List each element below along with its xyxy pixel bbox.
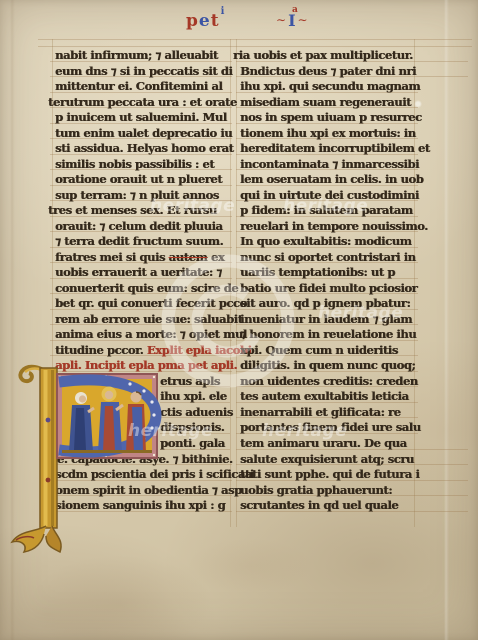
body-text: diligitis. in quem nunc quoq; (240, 358, 415, 372)
manuscript-line: nabit infirmum; ⁊ alleuabit (55, 48, 218, 64)
body-text: nabit infirmum; ⁊ alleuabit (55, 48, 218, 62)
body-text: tres et menses sex. Et rursu (48, 203, 217, 217)
body-text: ctis aduenis (160, 405, 233, 419)
body-text: inueniatur in laudem ⁊ glam (240, 312, 412, 326)
body-text: ⁊ terra dedit fructum suum. (55, 234, 223, 248)
running-title-petri: peti (186, 11, 224, 31)
manuscript-line: ctis aduenis (160, 405, 233, 421)
manuscript-line: uariis temptationibs: ut p (240, 265, 395, 281)
manuscript-line: sup terram: ⁊ n pluit annos (55, 188, 219, 204)
initial-panel-frame (57, 374, 157, 458)
manuscript-line: nunc si oportet contristari in (240, 250, 416, 266)
title-letter: p (186, 11, 199, 31)
body-text: tum enim ualet deprecatio iu (55, 126, 232, 140)
manuscript-line: Bndictus deus ⁊ pater dni nri (240, 64, 416, 80)
figure-apostle-right (126, 392, 146, 453)
body-text: misediam suam regenerauit (240, 95, 411, 109)
body-text: inenarrabili et glificata: re (240, 405, 401, 419)
body-text: tem animaru uraru. De qua (240, 436, 407, 450)
manuscript-line: p fidem: in salutem paratam (240, 203, 413, 219)
body-text: ihu xpi. qui secundu magnam (240, 79, 420, 93)
body-text: anima eius a morte: ⁊ opiet mul (55, 327, 247, 341)
body-text: p fidem: in salutem paratam (240, 203, 413, 217)
body-text: oratione orauit ut n plueret (55, 172, 222, 186)
flourish-right: ∼ (298, 13, 308, 27)
body-text: similis nobis passibilis : et (55, 157, 214, 171)
manuscript-line: inueniatur in laudem ⁊ glam (240, 312, 412, 328)
manuscript-line: diligitis. in quem nunc quoq; (240, 358, 415, 374)
body-text: ihu xpi. ele (160, 389, 227, 403)
body-text: uariis temptationibs: ut p (240, 265, 395, 279)
body-text: non uidentes creditis: creden (240, 374, 418, 388)
manuscript-line: tum enim ualet deprecatio iu (55, 126, 232, 142)
flourish-leaf-left (12, 526, 46, 552)
body-text: nos in spem uiuam p resurrec (240, 110, 422, 124)
body-text: batio ure fidei multo pciosior (240, 281, 417, 295)
manuscript-line: non uidentes creditis: creden (240, 374, 418, 390)
body-text: tie. capadocie. asye. ⁊ bithinie. (48, 452, 232, 466)
manuscript-line: sti assidua. Helyas homo erat (55, 141, 233, 157)
chapter-top-mark: a (292, 5, 298, 15)
manuscript-line: mittentur ei. Confitemini al (55, 79, 222, 95)
manuscript-line: tati sunt pphe. qui de futura i (240, 467, 419, 483)
body-text: lem oseruatam in celis. in uob (240, 172, 423, 186)
body-text: orauit: ⁊ celum dedit pluuia (55, 219, 223, 233)
manuscript-line: ⁊ honorem in reuelatione ihu (240, 327, 416, 343)
manuscript-line: ⁊ terra dedit fructum suum. (55, 234, 223, 250)
manuscript-line: portantes finem fidei ure salu (240, 420, 421, 436)
manuscript-line: lem oseruatam in celis. in uob (240, 172, 423, 188)
manuscript-line: incontaminata ⁊ inmarcessibi (240, 157, 419, 173)
manuscript-line: orauit: ⁊ celum dedit pluuia (55, 219, 223, 235)
body-text: bet qr. qui conuerti fecerit pcco (55, 296, 247, 310)
manuscript-line: tes autem exultabitis leticia (240, 389, 409, 405)
manuscript-line: scdm pscientia dei pris i scificati (55, 467, 254, 483)
body-text: incontaminata ⁊ inmarcessibi (240, 157, 419, 171)
manuscript-line: uobis gratia pphauerunt: (240, 483, 392, 499)
body-text: In quo exultabitis: modicum (240, 234, 411, 248)
manuscript-line: ponti. gala (160, 436, 225, 452)
manuscript-line: xpi. Quem cum n uideritis (240, 343, 398, 359)
body-text: conuerterit quis eum: scire de (55, 281, 238, 295)
rubric-text: apli. Incipit epla pma pet apli. (55, 358, 237, 372)
body-text: p inuicem ut saluemini. Mul (55, 110, 227, 124)
body-text: uobis errauerit a ueritate: ⁊ (55, 265, 222, 279)
body-text: tes autem exultabitis leticia (240, 389, 409, 403)
body-text: Bndictus deus ⁊ pater dni nri (240, 64, 416, 78)
body-text: salute exquisierunt atq; scru (240, 452, 414, 466)
running-header: peti ∼I∼ a (0, 9, 478, 37)
body-text: ponti. gala (160, 436, 225, 450)
body-text: sionem sanguinis ihu xpi : g (55, 498, 225, 512)
manuscript-line: onem spirit in obedientia ⁊ asp (55, 483, 242, 499)
initial-letter-bowl (59, 380, 156, 452)
body-text: sti assidua. Helyas homo erat (55, 141, 233, 155)
manuscript-line: anima eius a morte: ⁊ opiet mul (55, 327, 247, 343)
body-text: dispsionis. (160, 420, 224, 434)
manuscript-line: tem animaru uraru. De qua (240, 436, 407, 452)
body-text: portantes finem fidei ure salu (240, 420, 421, 434)
manuscript-line: ihu xpi. qui secundu magnam (240, 79, 420, 95)
body-text: autem (169, 250, 208, 264)
body-text: ria uobis et pax multiplicetur. (233, 48, 413, 62)
chapter-number: ∼I∼ a (276, 11, 308, 30)
flourish-left: ∼ (276, 13, 286, 27)
body-text: ex (207, 250, 224, 264)
manuscript-line: dispsionis. (160, 420, 224, 436)
manuscript-line: bet qr. qui conuerti fecerit pcco (55, 296, 247, 312)
rubric-text: Explit epla iacobi (147, 343, 252, 357)
manuscript-line: fratres mei si quis autem ex (55, 250, 224, 266)
manuscript-line: batio ure fidei multo pciosior (240, 281, 417, 297)
ruling-line (38, 46, 472, 47)
manuscript-line: In quo exultabitis: modicum (240, 234, 411, 250)
manuscript-page: peti ∼I∼ a nabit infirmum; ⁊ alleuabiteu… (0, 0, 478, 640)
body-text: xpi. Quem cum n uideritis (240, 343, 398, 357)
manuscript-line: nos in spem uiuam p resurrec (240, 110, 422, 126)
manuscript-line: etrus apls (160, 374, 220, 390)
frame-dots (59, 375, 155, 457)
figure-apostle-left (69, 392, 94, 452)
stem-top-curl (20, 367, 50, 381)
manuscript-line: qui in uirtute dei custodimini (240, 188, 419, 204)
manuscript-line: ria uobis et pax multiplicetur. (240, 48, 413, 64)
body-text: terutrum peccata ura : et orate (48, 95, 237, 109)
body-text: onem spirit in obedientia ⁊ asp (55, 483, 242, 497)
bowl-dots (128, 382, 155, 448)
manuscript-line: inenarrabili et glificata: re (240, 405, 401, 421)
body-text: hereditatem incorruptibilem et (240, 141, 430, 155)
body-text: etrus apls (160, 374, 220, 388)
body-text: sup terram: ⁊ n pluit annos (55, 188, 219, 202)
manuscript-line: apli. Incipit epla pma pet apli. (55, 358, 237, 374)
manuscript-line: tie. capadocie. asye. ⁊ bithinie. (55, 452, 232, 468)
body-text: tionem ihu xpi ex mortuis: in (240, 126, 416, 140)
manuscript-line: similis nobis passibilis : et (55, 157, 214, 173)
flourish-leaf-right (46, 526, 61, 552)
manuscript-line: sionem sanguinis ihu xpi : g (55, 498, 225, 514)
body-text: scrutantes in qd uel quale (240, 498, 398, 512)
initial-gold-ground (62, 379, 152, 453)
ruling-line (38, 39, 472, 40)
manuscript-line: salute exquisierunt atq; scru (240, 452, 414, 468)
body-text: fratres mei si quis (55, 250, 169, 264)
manuscript-line: tionem ihu xpi ex mortuis: in (240, 126, 416, 142)
manuscript-line: uobis errauerit a ueritate: ⁊ (55, 265, 222, 281)
manuscript-line: sit auro. qd p ignem pbatur: (240, 296, 410, 312)
body-text: nunc si oportet contristari in (240, 250, 416, 264)
manuscript-line: eum dns ⁊ si in peccatis sit di (55, 64, 232, 80)
manuscript-line: conuerterit quis eum: scire de (55, 281, 238, 297)
figure-apostle-center (98, 387, 123, 453)
body-text: scdm pscientia dei pris i scificati (55, 467, 254, 481)
body-text: mittentur ei. Confitemini al (55, 79, 222, 93)
title-letter: t (211, 11, 220, 31)
body-text: sit auro. qd p ignem pbatur: (240, 296, 410, 310)
manuscript-line: titudine pccor. Explit epla iacobi (55, 343, 251, 359)
manuscript-line: scrutantes in qd uel quale (240, 498, 398, 514)
title-letter: e (199, 11, 211, 31)
manuscript-line: terutrum peccata ura : et orate (55, 95, 237, 111)
manuscript-line: oratione orauit ut n plueret (55, 172, 222, 188)
body-text: rem ab errore uie sue: saluabit (55, 312, 243, 326)
body-text: tati sunt pphe. qui de futura i (240, 467, 419, 481)
body-text: qui in uirtute dei custodimini (240, 188, 419, 202)
manuscript-line: rem ab errore uie sue: saluabit (55, 312, 243, 328)
body-text: titudine pccor. (55, 343, 147, 357)
manuscript-line: misediam suam regenerauit (240, 95, 411, 111)
body-text: reuelari in tempore nouissimo. (240, 219, 428, 233)
title-letter: i (221, 6, 226, 17)
manuscript-line: ihu xpi. ele (160, 389, 227, 405)
body-text: eum dns ⁊ si in peccatis sit di (55, 64, 232, 78)
body-text: ⁊ honorem in reuelatione ihu (240, 327, 416, 341)
body-text: uobis gratia pphauerunt: (240, 483, 392, 497)
manuscript-line: tres et menses sex. Et rursu (55, 203, 217, 219)
manuscript-line: hereditatem incorruptibilem et (240, 141, 430, 157)
manuscript-line: reuelari in tempore nouissimo. (240, 219, 428, 235)
manuscript-line: p inuicem ut saluemini. Mul (55, 110, 227, 126)
